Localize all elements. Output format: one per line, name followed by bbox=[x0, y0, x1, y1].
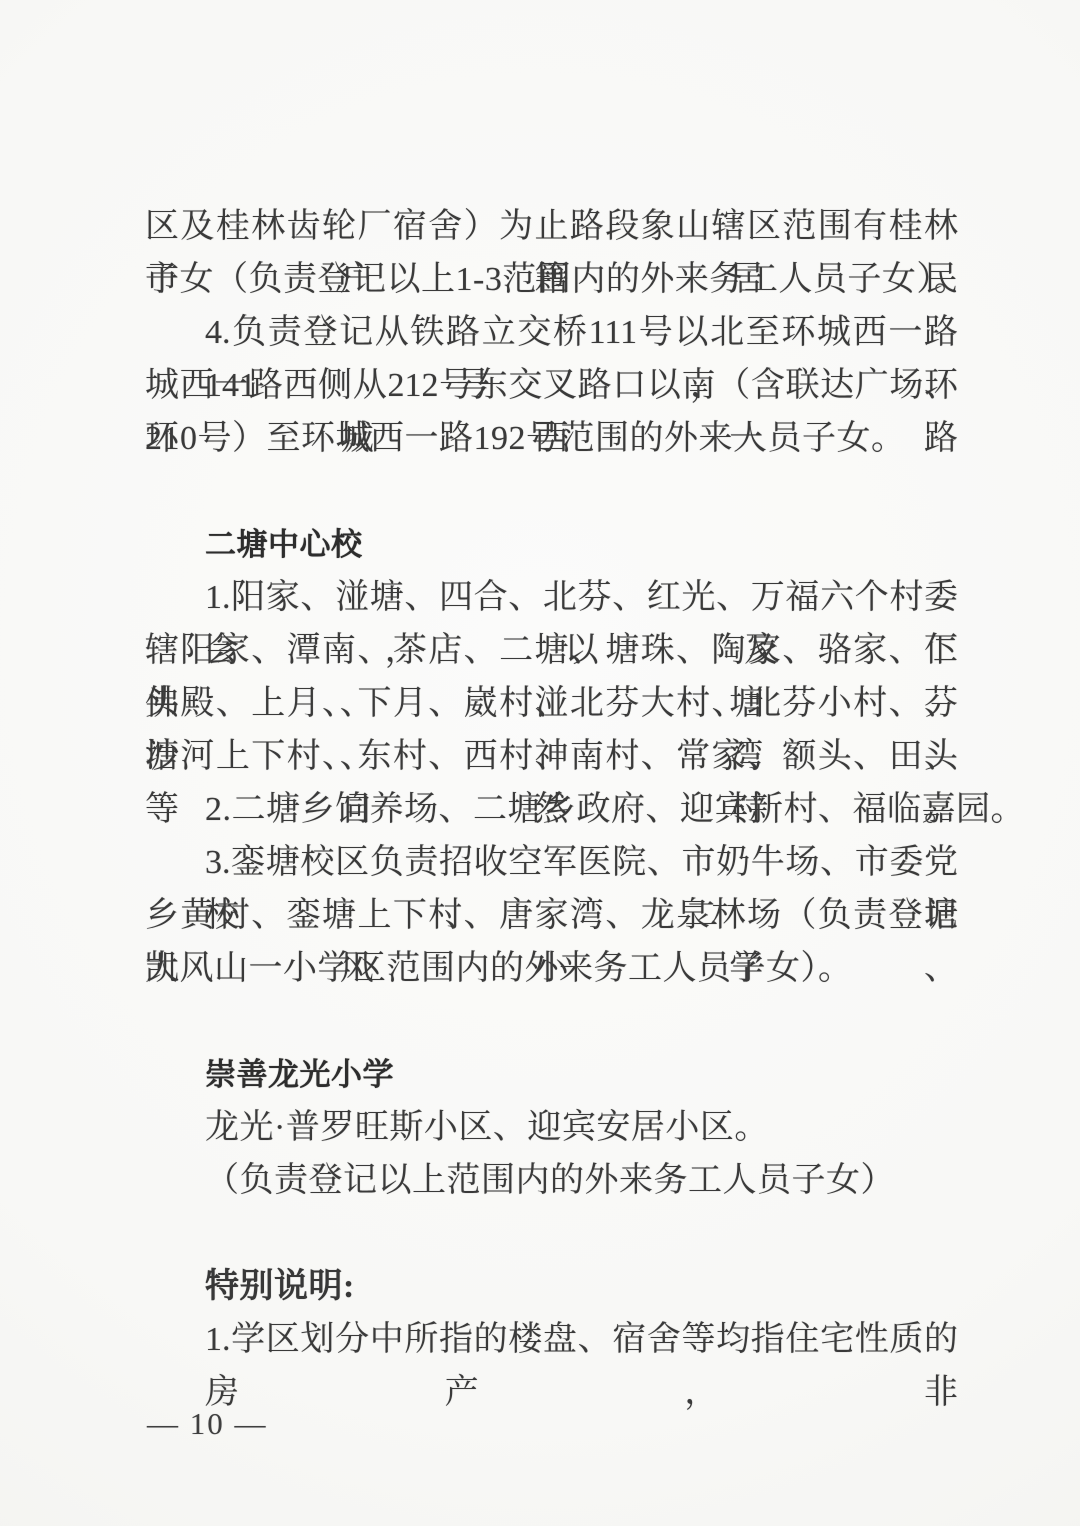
section-heading-ertang-central-school: 二塘中心校 bbox=[145, 518, 958, 571]
paragraph-xiangshan-continuation: 区及桂林齿轮厂宿舍）为止路段象山辖区范围有桂林市户籍居民 子女（负责登记以上1-… bbox=[145, 200, 958, 306]
text-line: 乡黄村、銮塘上下村、唐家湾、龙泉林场（负责登记凯风小学、 bbox=[145, 889, 958, 942]
text-line: 2.二塘乡饲养场、二塘乡政府、迎宾新村、福临嘉园。 bbox=[145, 783, 958, 836]
section-heading-chongshan-longguang-primary: 崇善龙光小学 bbox=[145, 1048, 958, 1101]
text-line: 1.阳家、湴塘、四合、北芬、红光、万福六个村委会，以及下 bbox=[145, 571, 958, 624]
text-line: 210号）至环城西一路192号范围的外来人员子女。 bbox=[145, 412, 958, 465]
text-line: 佛殿、上月、下月、崴村、北芬大村、北芬小村、芬塘、神湾、 bbox=[145, 677, 958, 730]
paragraph-ertang-item1-villages: 1.阳家、湴塘、四合、北芬、红光、万福六个村委会，以及下 辖阳家、潭南、茶店、二… bbox=[145, 571, 958, 783]
scanned-document-page: { "page": { "background_color": "#f8f8f6… bbox=[0, 0, 1080, 1526]
paragraph-special-note-1: 1.学区划分中所指的楼盘、宿舍等均指住宅性质的房产，非 bbox=[145, 1313, 958, 1366]
text-line: （负责登记以上范围内的外来务工人员子女） bbox=[145, 1154, 958, 1207]
document-body: 区及桂林齿轮厂宿舍）为止路段象山辖区范围有桂林市户籍居民 子女（负责登记以上1-… bbox=[145, 200, 958, 1366]
text-line: 1.学区划分中所指的楼盘、宿舍等均指住宅性质的房产，非 bbox=[145, 1313, 958, 1366]
paragraph-longguang-migrant-note: （负责登记以上范围内的外来务工人员子女） bbox=[145, 1154, 958, 1207]
text-line: 区及桂林齿轮厂宿舍）为止路段象山辖区范围有桂林市户籍居民 bbox=[145, 200, 958, 253]
paragraph-item4-registration-scope: 4.负责登记从铁路立交桥111号以北至环城西一路141号，环 城西一路西侧从21… bbox=[145, 306, 958, 465]
paragraph-longguang-communities: 龙光·普罗旺斯小区、迎宾安居小区。 bbox=[145, 1101, 958, 1154]
text-line: 3.銮塘校区负责招收空军医院、市奶牛场、市委党校、二塘 bbox=[145, 836, 958, 889]
text-line: 子女（负责登记以上1-3范围内的外来务工人员子女）。 bbox=[145, 253, 958, 306]
paragraph-ertang-item2: 2.二塘乡饲养场、二塘乡政府、迎宾新村、福临嘉园。 bbox=[145, 783, 958, 836]
text-line: 沙河上下村、东村、西村、南村、常家、额头、田头等自然村。 bbox=[145, 730, 958, 783]
text-line: 龙光·普罗旺斯小区、迎宾安居小区。 bbox=[145, 1101, 958, 1154]
paragraph-ertang-item3-luantang-campus: 3.銮塘校区负责招收空军医院、市奶牛场、市委党校、二塘 乡黄村、銮塘上下村、唐家… bbox=[145, 836, 958, 995]
text-line: 4.负责登记从铁路立交桥111号以北至环城西一路141号，环 bbox=[145, 306, 958, 359]
text-line: 大风山一小学区范围内的外来务工人员子女）。 bbox=[145, 942, 958, 995]
text-line: 辖阳家、潭南、茶店、二塘、塘珠、陶家、骆家、仁头、湴塘、 bbox=[145, 624, 958, 677]
section-heading-special-notes: 特别说明: bbox=[145, 1260, 958, 1313]
page-number: — 10 — bbox=[147, 1404, 268, 1444]
text-line: 城西一路西侧从212号东交叉路口以南（含联达广场、环城西一路 bbox=[145, 359, 958, 412]
